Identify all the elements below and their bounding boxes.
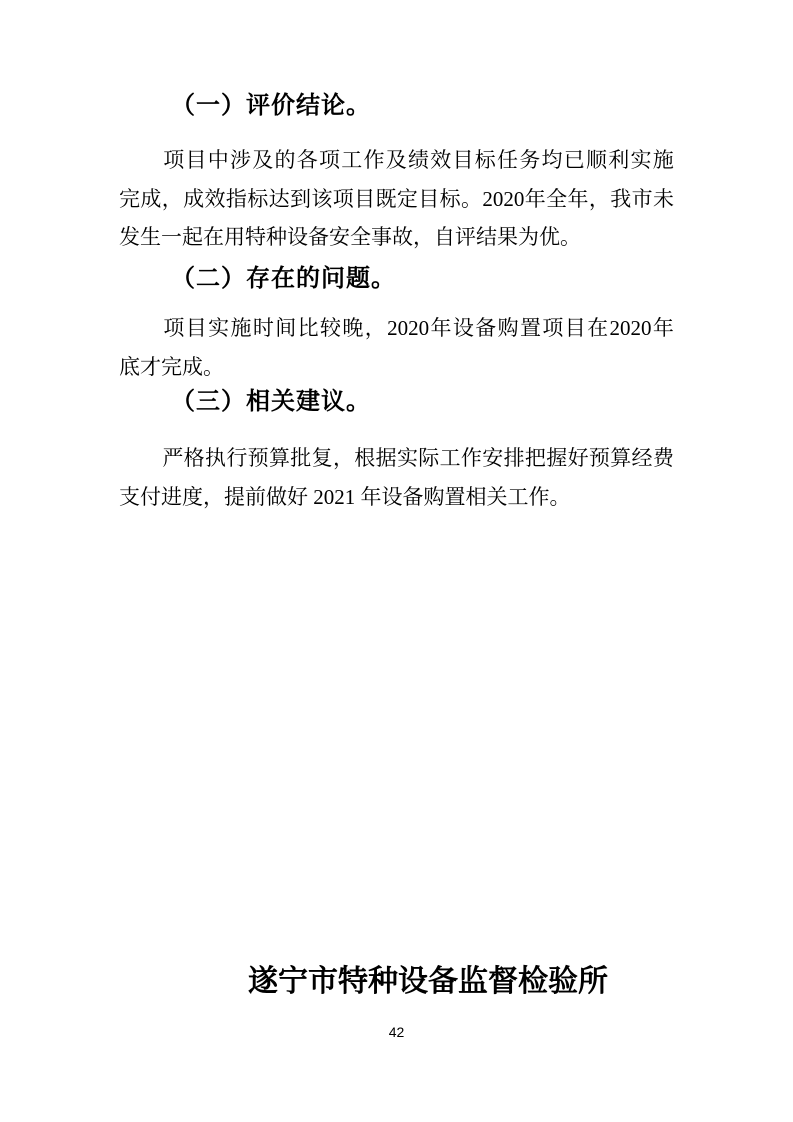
paragraph-line: 支付进度，提前做好 2021 年设备购置相关工作。 <box>119 478 674 517</box>
page-number: 42 <box>0 1023 793 1041</box>
paragraph-line: 完成，成效指标达到该项目既定目标。2020年全年，我市未 <box>119 180 674 219</box>
paragraph-line: 严格执行预算批复，根据实际工作安排把握好预算经费 <box>119 439 674 478</box>
paragraph-3: 严格执行预算批复，根据实际工作安排把握好预算经费 支付进度，提前做好 2021 … <box>119 439 674 516</box>
paragraph-line: 项目中涉及的各项工作及绩效目标任务均已顺利实施 <box>119 141 674 180</box>
paragraph-2: 项目实施时间比较晚，2020年设备购置项目在2020年 底才完成。 <box>119 309 674 386</box>
section-heading-1: （一）评价结论。 <box>119 91 674 121</box>
signature: 遂宁市特种设备监督检验所 <box>248 964 608 1000</box>
document-page: （一）评价结论。 项目中涉及的各项工作及绩效目标任务均已顺利实施 完成，成效指标… <box>0 0 793 1122</box>
paragraph-line: 发生一起在用特种设备安全事故，自评结果为优。 <box>119 218 674 257</box>
section-heading-3: （三）相关建议。 <box>119 387 674 417</box>
paragraph-1: 项目中涉及的各项工作及绩效目标任务均已顺利实施 完成，成效指标达到该项目既定目标… <box>119 141 674 257</box>
section-heading-2: （二）存在的问题。 <box>119 264 674 294</box>
paragraph-line: 底才完成。 <box>119 348 674 387</box>
paragraph-line: 项目实施时间比较晚，2020年设备购置项目在2020年 <box>119 309 674 348</box>
